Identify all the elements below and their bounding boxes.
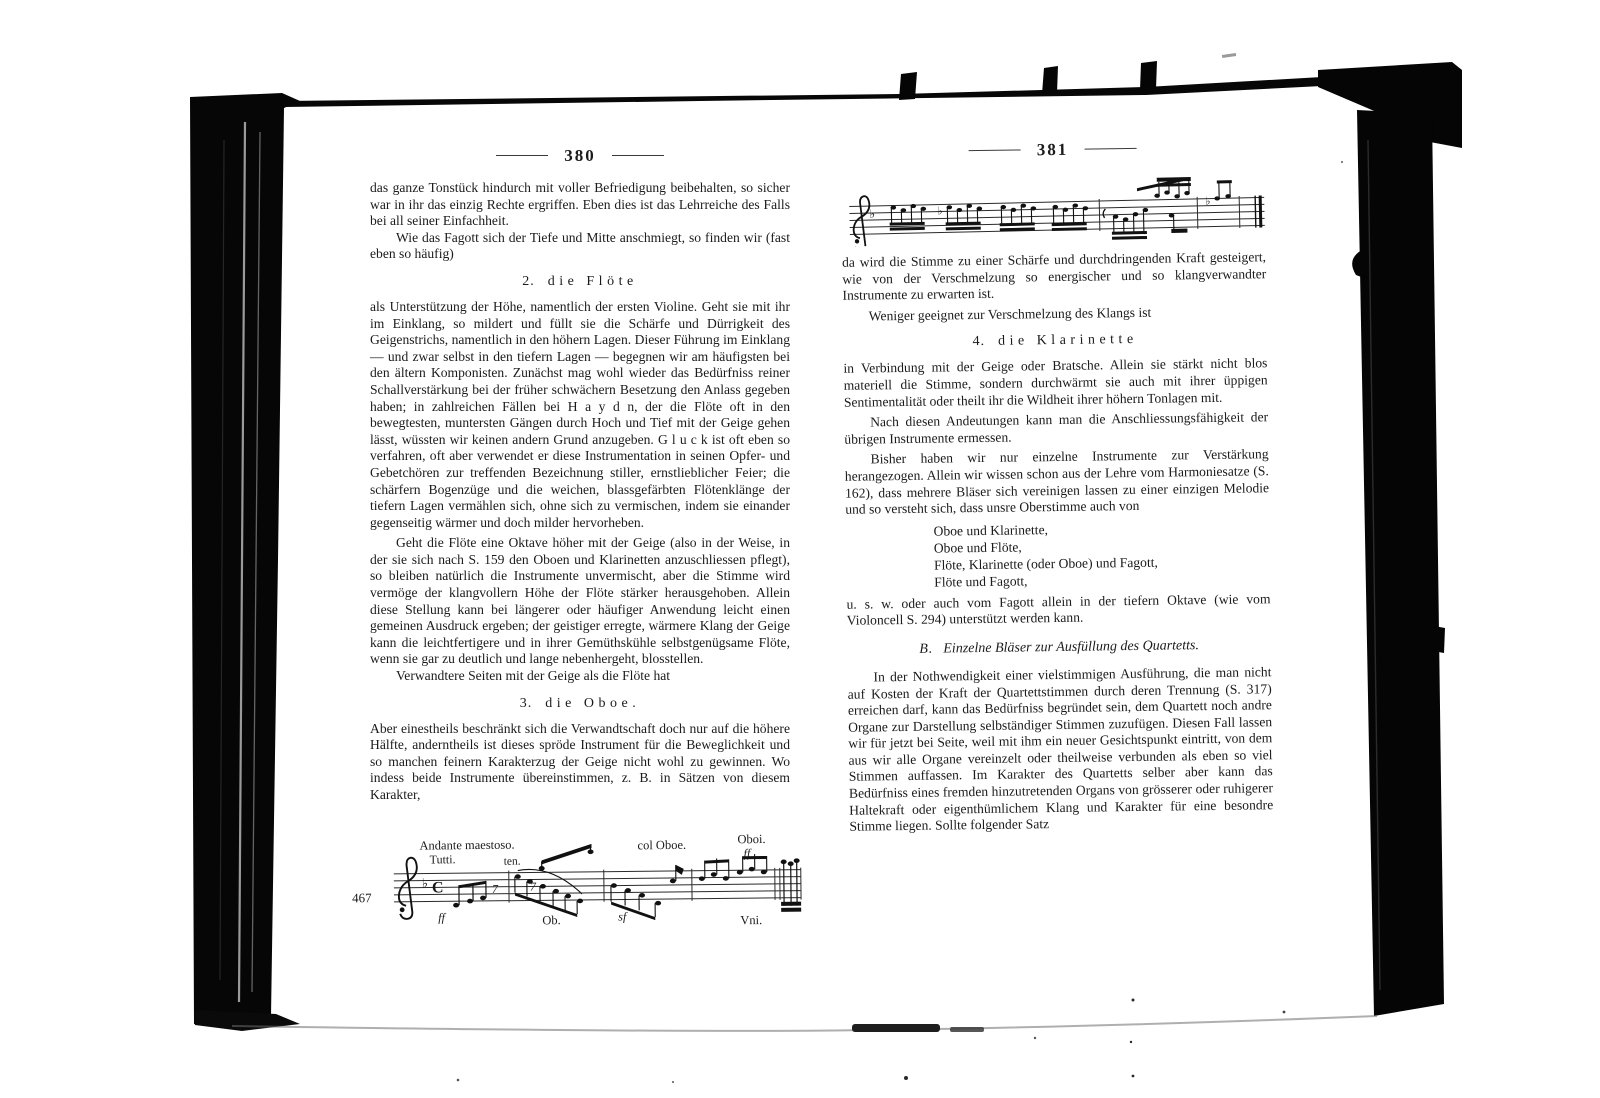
note-group: ♭ <box>937 203 982 230</box>
paragraph: Weniger geeignet zur Verschmelzung des K… <box>843 303 1267 325</box>
tempo-label: Andante maestoso. <box>419 838 514 853</box>
music-example-467: 467 Andante maestoso. Tutti. ten. col Ob… <box>346 834 802 934</box>
instrument-combination-list: Oboe und Klarinette, Oboe und Flöte, Flö… <box>845 518 1270 592</box>
time-signature: C <box>432 879 444 896</box>
paragraph: Verwandtere Seiten mit der Geige als die… <box>370 668 790 685</box>
binding-tab <box>1042 66 1058 94</box>
vni-label: Vni. <box>740 913 762 927</box>
book-edge-left <box>190 93 300 1028</box>
ff-label: ff <box>438 910 446 924</box>
header-rule-right <box>612 155 664 156</box>
paragraph: das ganze Tonstück hindurch mit voller B… <box>370 180 790 230</box>
page-number-right-row: 381 <box>840 137 1264 163</box>
section-heading-b: B.Einzelne Bläser zur Ausfüllung des Qua… <box>847 637 1271 659</box>
section-heading-klarinette: 4.die Klarinette <box>843 331 1267 353</box>
music-example-continuation: ♭ ♭ <box>841 169 1266 246</box>
note-group <box>781 858 802 912</box>
note-group: ♭ <box>1205 180 1233 208</box>
flat-sign: ♭ <box>937 204 942 217</box>
col-oboe-label: col Oboe. <box>637 838 686 853</box>
sf-label: sf <box>618 909 628 923</box>
book-edge-right <box>1357 110 1444 1016</box>
paragraph: In der Nothwendigkeit einer vielstimmige… <box>847 664 1273 835</box>
list-item: Flöte und Fagott, <box>934 569 1270 590</box>
header-rule-right <box>1084 148 1136 150</box>
paragraph: Aber einestheils beschränkt sich die Ver… <box>370 721 790 804</box>
example-number: 467 <box>352 890 372 905</box>
note-group <box>538 844 593 871</box>
oboi-label: Oboi. <box>737 834 765 846</box>
header-rule-left <box>969 149 1021 151</box>
paragraph: Bisher haben wir nur einzelne Instrument… <box>845 447 1270 519</box>
header-rule-left <box>496 155 548 156</box>
note-group <box>1051 203 1088 231</box>
paragraph: als Unterstützung der Höhe, namentlich d… <box>370 299 790 531</box>
page-right: 381 ♭ <box>840 137 1273 835</box>
paragraph: Nach diesen Andeutungen kann man die Ans… <box>844 409 1268 448</box>
flat-sign: ♭ <box>422 877 428 892</box>
binding-tab <box>899 72 917 100</box>
treble-clef-icon <box>853 196 870 247</box>
binding-tab <box>1140 61 1157 90</box>
eighth-rest: 7 <box>492 882 499 896</box>
music-staff-illustration: 467 Andante maestoso. Tutti. ten. col Ob… <box>346 834 802 934</box>
tutti-label: Tutti. <box>430 852 456 866</box>
music-staff-illustration: ♭ ♭ <box>841 169 1266 246</box>
scanned-book-spread: 380 das ganze Tonstück hindurch mit voll… <box>0 0 1600 1098</box>
paragraph: in Verbindung mit der Geige oder Bratsch… <box>843 356 1268 411</box>
section-heading-oboe: 3.die Oboe. <box>370 696 790 712</box>
paragraph: Geht die Flöte eine Oktave höher mit der… <box>370 535 790 668</box>
paragraph: da wird die Stimme zu einer Schärfe und … <box>842 249 1267 304</box>
page-number-left-row: 380 <box>370 146 790 166</box>
ob-label: Ob. <box>542 913 561 927</box>
page-number-left: 380 <box>564 146 596 165</box>
paragraph: Wie das Fagott sich der Tiefe und Mitte … <box>370 230 790 263</box>
ten-label: ten. <box>504 856 521 868</box>
page-number-right: 381 <box>1037 140 1069 159</box>
paragraph: u. s. w. oder auch vom Fagott allein in … <box>846 591 1270 630</box>
note-group <box>1154 177 1192 233</box>
flat-sign: ♭ <box>869 207 875 221</box>
page-left: 380 das ganze Tonstück hindurch mit voll… <box>370 146 790 804</box>
book-edge-top <box>284 77 1322 107</box>
section-heading-floete: 2.die Flöte <box>370 274 790 290</box>
flat-sign: ♭ <box>1205 195 1210 208</box>
